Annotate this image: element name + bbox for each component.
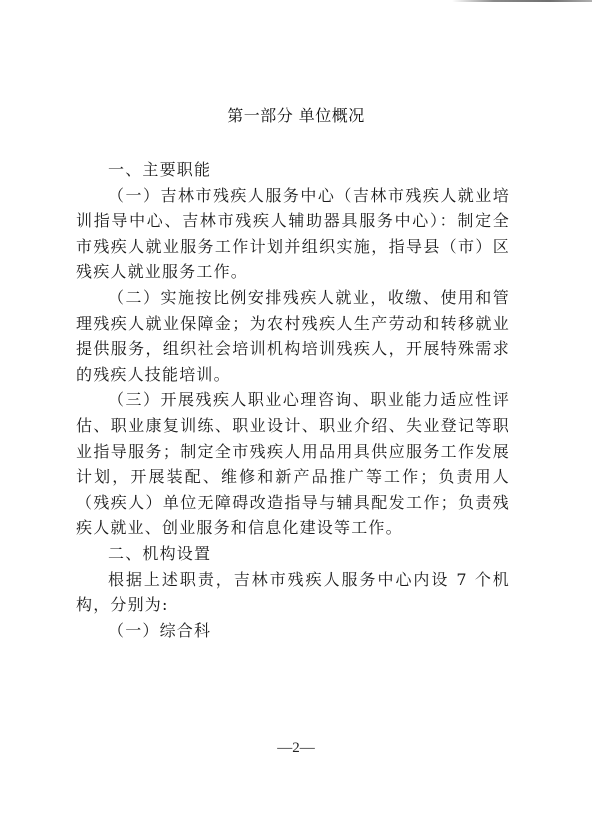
document-body: 一、主要职能 （一）吉林市残疾人服务中心（吉林市残疾人就业培训指导中心、吉林市残… [76, 157, 510, 643]
page-number: —2— [0, 740, 592, 757]
paragraph-unit-1: （一）综合科 [76, 618, 510, 644]
paragraph-organization-intro: 根据上述职责，吉林市残疾人服务中心内设 7 个机构，分别为: [76, 567, 510, 618]
scan-edge-artifact [452, 0, 592, 2]
section-heading-organization: 二、机构设置 [76, 541, 510, 567]
section-heading-main-functions: 一、主要职能 [76, 157, 510, 183]
paragraph-function-2: （二）实施按比例安排残疾人就业，收缴、使用和管理残疾人就业保障金；为农村残疾人生… [76, 285, 510, 387]
paragraph-function-1: （一）吉林市残疾人服务中心（吉林市残疾人就业培训指导中心、吉林市残疾人辅助器具服… [76, 183, 510, 285]
page-title: 第一部分 单位概况 [0, 103, 592, 126]
paragraph-function-3: （三）开展残疾人职业心理咨询、职业能力适应性评估、职业康复训练、职业设计、职业介… [76, 387, 510, 541]
